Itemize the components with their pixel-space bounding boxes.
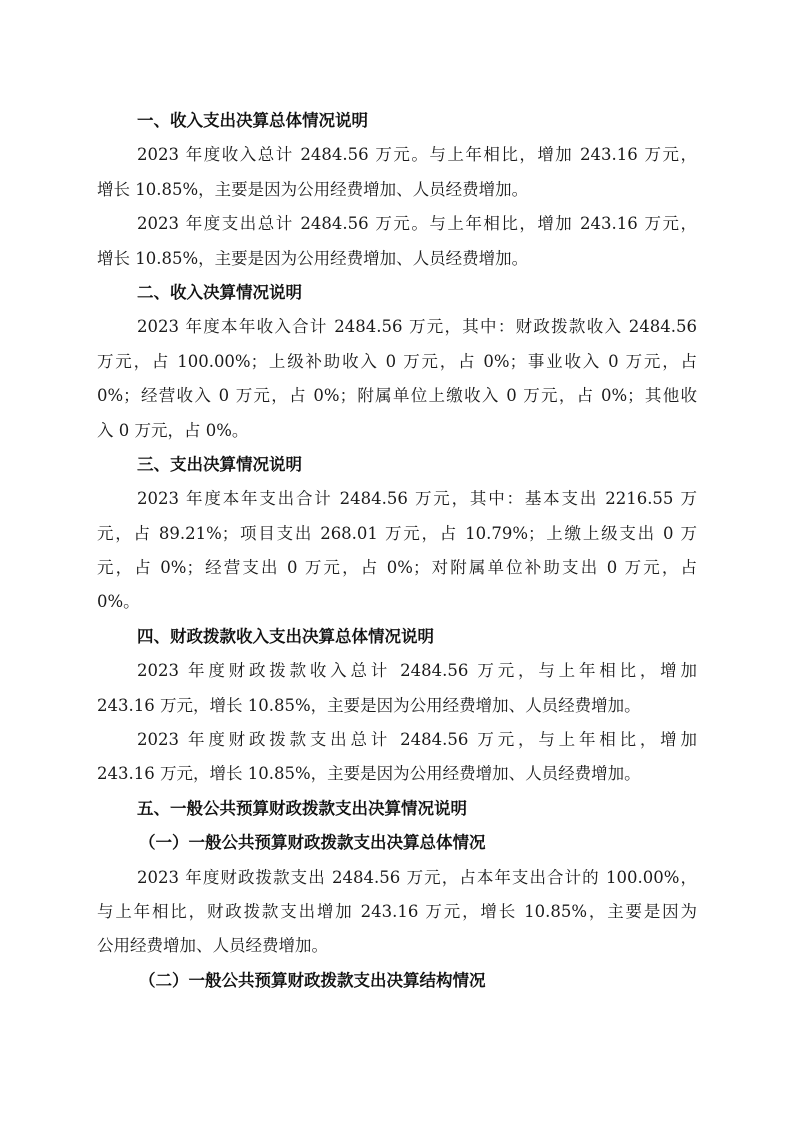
paragraph-line: 元，占 0%；经营支出 0 万元，占 0%；对附属单位补助支出 0 万元，占 [97, 551, 697, 585]
paragraph-line: 0%。 [97, 585, 697, 619]
paragraph-line: 增长 10.85%，主要是因为公用经费增加、人员经费增加。 [97, 242, 697, 276]
paragraph-line: 0%；经营收入 0 万元，占 0%；附属单位上缴收入 0 万元，占 0%；其他收 [97, 379, 697, 413]
section-heading: 三、支出决算情况说明 [97, 448, 697, 482]
document-page: 一、收入支出决算总体情况说明 2023 年度收入总计 2484.56 万元。与上… [97, 104, 697, 998]
paragraph-line: 增长 10.85%，主要是因为公用经费增加、人员经费增加。 [97, 173, 697, 207]
section-heading: 二、收入决算情况说明 [97, 276, 697, 310]
paragraph-line: 公用经费增加、人员经费增加。 [97, 929, 697, 963]
paragraph-line: 元，占 89.21%；项目支出 268.01 万元，占 10.79%；上缴上级支… [97, 517, 697, 551]
paragraph-line: 2023 年度财政拨款支出 2484.56 万元，占本年支出合计的 100.00… [97, 861, 697, 895]
paragraph-line: 243.16 万元，增长 10.85%，主要是因为公用经费增加、人员经费增加。 [97, 689, 697, 723]
paragraph-line: 与上年相比，财政拨款支出增加 243.16 万元，增长 10.85%，主要是因为 [97, 895, 697, 929]
section-heading: 五、一般公共预算财政拨款支出决算情况说明 [97, 792, 697, 826]
subsection-heading: （二）一般公共预算财政拨款支出决算结构情况 [97, 964, 697, 998]
paragraph-line: 2023 年度支出总计 2484.56 万元。与上年相比，增加 243.16 万… [97, 207, 697, 241]
paragraph-line: 2023 年度本年支出合计 2484.56 万元，其中：基本支出 2216.55… [97, 482, 697, 516]
paragraph-line: 2023 年度财政拨款支出总计 2484.56 万元，与上年相比，增加 [97, 723, 697, 757]
paragraph-line: 入 0 万元，占 0%。 [97, 414, 697, 448]
paragraph-line: 2023 年度财政拨款收入总计 2484.56 万元，与上年相比，增加 [97, 654, 697, 688]
subsection-heading: （一）一般公共预算财政拨款支出决算总体情况 [97, 826, 697, 860]
paragraph-line: 万元，占 100.00%；上级补助收入 0 万元，占 0%；事业收入 0 万元，… [97, 345, 697, 379]
section-heading: 四、财政拨款收入支出决算总体情况说明 [97, 620, 697, 654]
paragraph-line: 2023 年度本年收入合计 2484.56 万元，其中：财政拨款收入 2484.… [97, 310, 697, 344]
paragraph-line: 243.16 万元，增长 10.85%，主要是因为公用经费增加、人员经费增加。 [97, 757, 697, 791]
section-heading: 一、收入支出决算总体情况说明 [97, 104, 697, 138]
paragraph-line: 2023 年度收入总计 2484.56 万元。与上年相比，增加 243.16 万… [97, 138, 697, 172]
